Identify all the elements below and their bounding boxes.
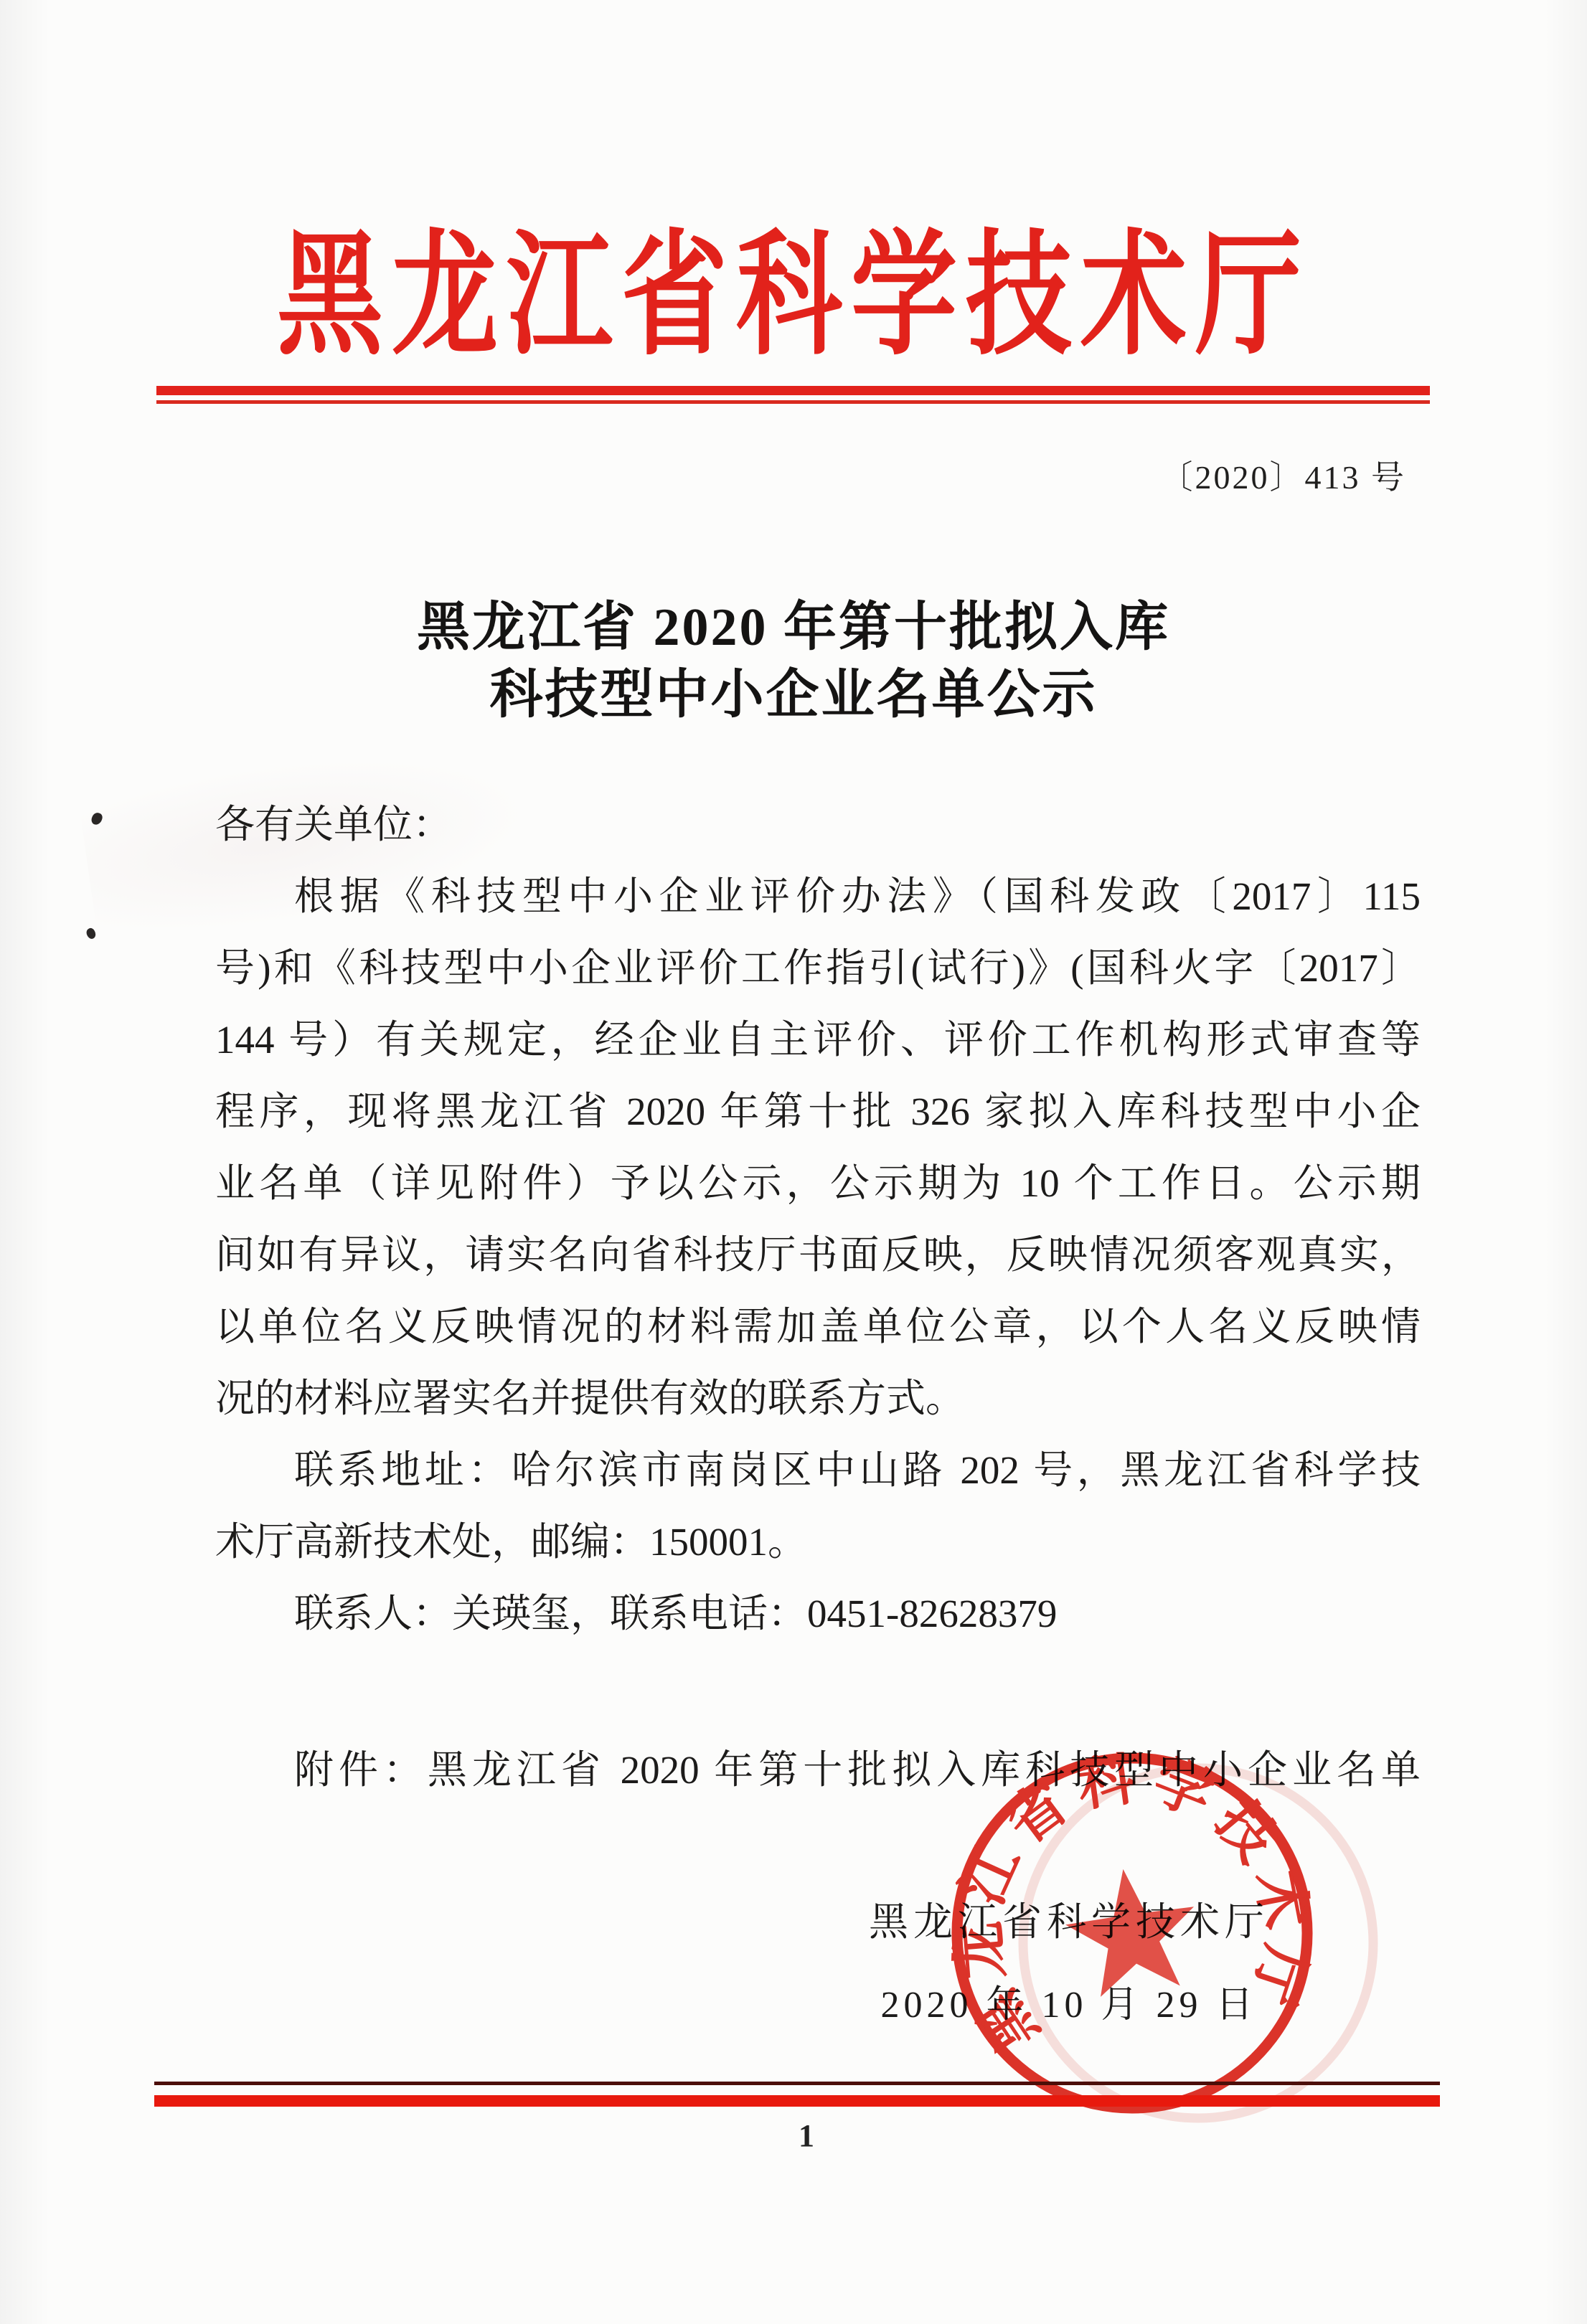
body-line: 以单位名义反映情况的材料需加盖单位公章，以个人名义反映情 [215, 1291, 1421, 1363]
body-line: 联系人：关瑛玺，联系电话：0451-82628379 [215, 1578, 1421, 1650]
doc-title: 黑龙江省 2020 年第十批拟入库 科技型中小企业名单公示 [0, 594, 1587, 729]
salutation: 各有关单位： [215, 789, 1421, 861]
page-number: 1 [0, 2117, 1587, 2154]
doc-title-line-2: 科技型中小企业名单公示 [0, 661, 1587, 729]
attachment-line: 附件：黑龙江省 2020 年第十批拟入库科技型中小企业名单 [215, 1734, 1421, 1806]
body-line: 间如有异议，请实名向省科技厅书面反映，反映情况须客观真实， [215, 1219, 1421, 1291]
body-line: 联系地址：哈尔滨市南岗区中山路 202 号，黑龙江省科学技 [215, 1435, 1421, 1506]
doc-number: 〔2020〕413 号 [1160, 459, 1407, 496]
agency-letterhead-text: 黑龙江省科学技术厅 [277, 230, 1310, 364]
body-line: 号)和《科技型中小企业评价工作指引(试行)》(国科火字〔2017〕 [215, 932, 1421, 1004]
footer-rule-thin [154, 2082, 1440, 2085]
ink-speck [90, 811, 104, 826]
doc-title-line-1: 黑龙江省 2020 年第十批拟入库 [0, 594, 1587, 661]
signature-date: 2020 年 10 月 29 日 [818, 1984, 1320, 2027]
document-page: 黑龙江省科学技术厅 〔2020〕413 号 黑龙江省 2020 年第十批拟入库 … [0, 0, 1587, 2324]
footer-rule-thick [154, 2095, 1440, 2107]
body-line: 况的材料应署实名并提供有效的联系方式。 [215, 1363, 1421, 1435]
signature-name: 黑龙江省科学技术厅 [818, 1899, 1320, 1945]
ink-speck [85, 927, 98, 940]
body-line: 程序，现将黑龙江省 2020 年第十批 326 家拟入库科技型中小企 [215, 1076, 1421, 1148]
body-line: 术厅高新技术处，邮编：150001。 [215, 1506, 1421, 1578]
agency-letterhead: 黑龙江省科学技术厅 [0, 244, 1587, 380]
letterhead-rule-thick [156, 386, 1430, 395]
body-line: 根据《科技型中小企业评价办法》（国科发政〔2017〕115 [215, 861, 1421, 932]
letterhead-rule-thin [156, 400, 1430, 404]
body-line: 144 号）有关规定，经企业自主评价、评价工作机构形式审查等 [215, 1004, 1421, 1076]
body-line: 业名单（详见附件）予以公示，公示期为 10 个工作日。公示期 [215, 1148, 1421, 1219]
body-text: 各有关单位： 根据《科技型中小企业评价办法》（国科发政〔2017〕115 号)和… [215, 789, 1421, 1650]
signature-block: 黑龙江省科学技术厅 2020 年 10 月 29 日 [818, 1899, 1320, 2027]
